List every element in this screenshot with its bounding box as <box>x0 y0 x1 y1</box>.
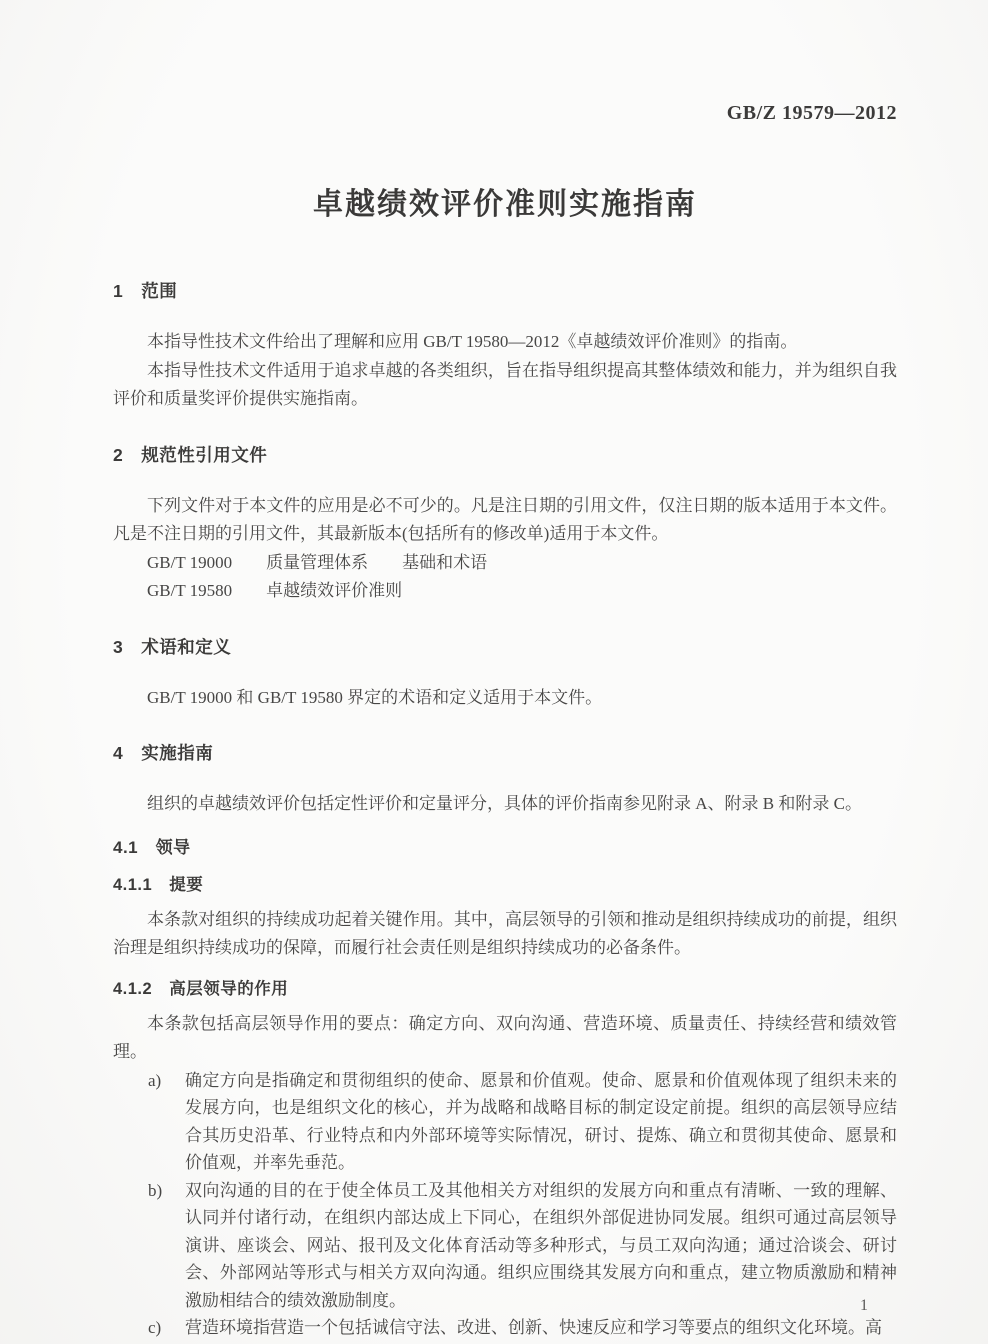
list-item-a: a) 确定方向是指确定和贯彻组织的使命、愿景和价值观。使命、愿景和价值观体现了组… <box>148 1067 897 1177</box>
section-1-scope-heading: 1 范围 <box>113 280 897 302</box>
lettered-list: a) 确定方向是指确定和贯彻组织的使命、愿景和价值观。使命、愿景和价值观体现了组… <box>113 1067 897 1342</box>
section-4-1-1-paragraph-1: 本条款对组织的持续成功起着关键作用。其中，高层领导的引领和推动是组织持续成功的前… <box>113 906 897 963</box>
section-4-1-1-summary-heading: 4.1.1 提要 <box>113 874 897 896</box>
section-1-paragraph-2: 本指导性技术文件适用于追求卓越的各类组织，旨在指导组织提高其整体绩效和能力，并为… <box>113 357 897 414</box>
section-4-1-2-senior-leaders-role-heading: 4.1.2 高层领导的作用 <box>113 978 897 1000</box>
list-item-b-text: 双向沟通的目的在于使全体员工及其他相关方对组织的发展方向和重点有清晰、一致的理解… <box>185 1177 897 1315</box>
list-item-c-text: 营造环境指营造一个包括诚信守法、改进、创新、快速反应和学习等要点的组织文化环境。… <box>185 1314 897 1342</box>
section-4-1-leadership-heading: 4.1 领导 <box>113 837 897 859</box>
page-number: 1 <box>860 1297 868 1315</box>
list-item-b: b) 双向沟通的目的在于使全体员工及其他相关方对组织的发展方向和重点有清晰、一致… <box>148 1177 897 1315</box>
section-4-1-2-paragraph-1: 本条款包括高层领导作用的要点：确定方向、双向沟通、营造环境、质量责任、持续经营和… <box>113 1010 897 1067</box>
list-item-c-marker: c) <box>148 1314 185 1342</box>
standard-number: GB/Z 19579—2012 <box>113 102 897 124</box>
list-item-c: c) 营造环境指营造一个包括诚信守法、改进、创新、快速反应和学习等要点的组织文化… <box>148 1314 897 1342</box>
scanned-document-page: GB/Z 19579—2012 卓越绩效评价准则实施指南 1 范围 本指导性技术… <box>0 0 988 1344</box>
document-title: 卓越绩效评价准则实施指南 <box>113 187 897 223</box>
list-item-a-text: 确定方向是指确定和贯彻组织的使命、愿景和价值观。使命、愿景和价值观体现了组织未来… <box>185 1067 897 1177</box>
reference-gbt-19580: GB/T 19580 卓越绩效评价准则 <box>113 577 897 606</box>
section-3-paragraph-1: GB/T 19000 和 GB/T 19580 界定的术语和定义适用于本文件。 <box>113 684 897 713</box>
section-1-paragraph-1: 本指导性技术文件给出了理解和应用 GB/T 19580—2012《卓越绩效评价准… <box>113 328 897 357</box>
reference-gbt-19000: GB/T 19000 质量管理体系 基础和术语 <box>113 549 897 578</box>
section-2-paragraph-1: 下列文件对于本文件的应用是必不可少的。凡是注日期的引用文件，仅注日期的版本适用于… <box>113 492 897 549</box>
section-3-terms-heading: 3 术语和定义 <box>113 636 897 658</box>
list-item-b-marker: b) <box>148 1177 185 1205</box>
list-item-a-marker: a) <box>148 1067 185 1095</box>
section-2-normative-references-heading: 2 规范性引用文件 <box>113 444 897 466</box>
section-4-implementation-guide-heading: 4 实施指南 <box>113 742 897 764</box>
section-4-paragraph-1: 组织的卓越绩效评价包括定性评价和定量评分，具体的评价指南参见附录 A、附录 B … <box>113 790 897 819</box>
